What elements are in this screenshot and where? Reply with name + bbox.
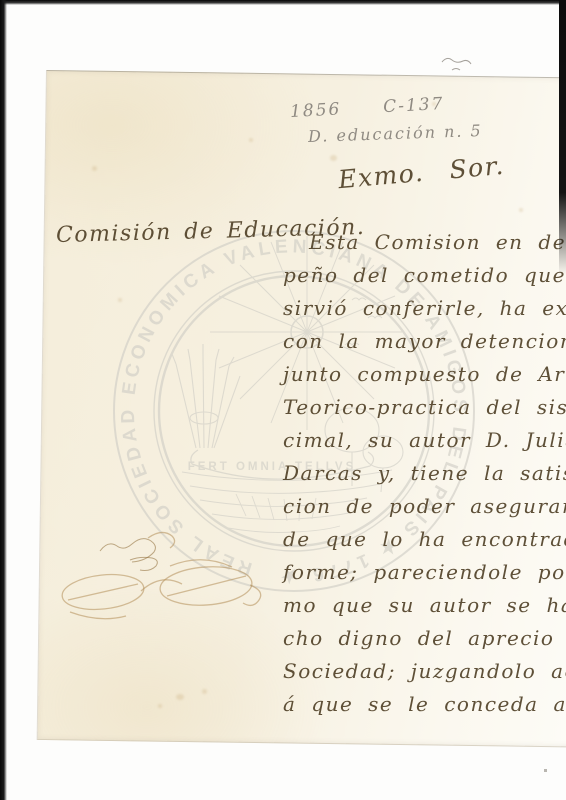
scan-edge-left <box>0 0 7 800</box>
scan-edge-right <box>559 0 566 275</box>
scanned-document: REAL SOCIEDAD ECONOMICA VALENCIANA DE AM… <box>0 0 566 800</box>
dust-speck <box>544 769 547 772</box>
scan-edge-top <box>0 0 566 5</box>
glass-marks <box>0 0 566 800</box>
